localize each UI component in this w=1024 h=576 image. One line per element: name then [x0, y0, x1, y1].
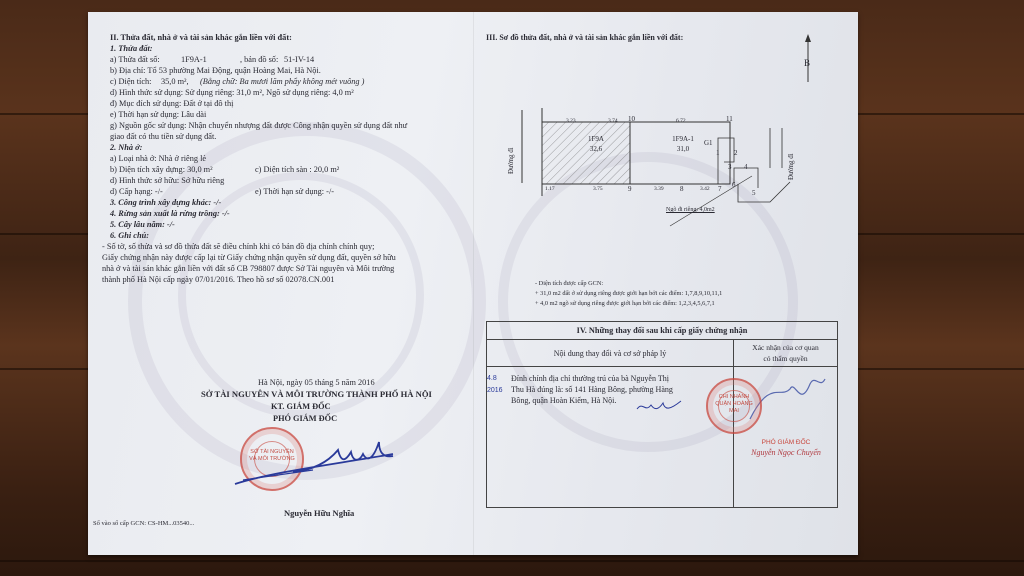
- clerk-signature: [635, 397, 685, 417]
- director-title: KT. GIÁM ĐỐC: [271, 401, 331, 412]
- alley-label: Ngõ đi riêng: 4,0m2: [666, 205, 715, 216]
- branch-stamp: CHI NHÁNH QUẬN HOÀNG MAI: [706, 378, 762, 434]
- point-4: 4: [744, 162, 748, 173]
- dim-top-left: 3.23: [566, 116, 576, 127]
- change-entry-date: 4.8 2016: [487, 373, 503, 397]
- house-build-area: b) Diện tích xây dựng: 30,0 m²: [110, 164, 213, 175]
- confirm-name: Nguyễn Ngọc Chuyển: [734, 447, 838, 458]
- point-9: 9: [628, 184, 632, 195]
- road-left-label: Đường đi: [506, 147, 517, 174]
- land-heading: 1. Thửa đất:: [110, 43, 153, 54]
- dim-bottom-4: 3.42: [700, 184, 710, 195]
- note-line-2: Giấy chứng nhận này được cấp lại từ Giấy…: [102, 252, 396, 263]
- registry-number: Số vào sổ cấp GCN: CS-HM...03540...: [93, 518, 194, 529]
- dim-bottom-3: 3.39: [654, 184, 664, 195]
- signer-name: Nguyễn Hữu Nghĩa: [284, 508, 354, 519]
- point-3: 3: [728, 162, 732, 173]
- note-line-4: thành phố Hà Nội cấp ngày 07/01/2016. Th…: [102, 274, 334, 285]
- parcel-a-area: 32,6: [576, 144, 616, 155]
- house-ownership: d) Hình thức sở hữu: Sở hữu riêng: [110, 175, 224, 186]
- parcel-number-label: a) Thửa đất số:: [110, 54, 160, 65]
- section3-title: III. Sơ đồ thửa đất, nhà ở và tài sản kh…: [486, 32, 683, 43]
- section2-title: II. Thửa đất, nhà ở và tài sản khác gắn …: [110, 32, 292, 43]
- usage-form: d) Hình thức sử dụng: Sử dụng riêng: 31,…: [110, 87, 354, 98]
- point-6: 6: [732, 180, 736, 191]
- point-5: 5: [752, 188, 756, 199]
- changes-table: IV. Những thay đổi sau khi cấp giấy chứn…: [486, 321, 838, 508]
- certificate-page: II. Thửa đất, nhà ở và tài sản khác gắn …: [88, 12, 858, 555]
- area-label: c) Diện tích:: [110, 76, 151, 87]
- parcel-b-area: 31,0: [658, 144, 708, 155]
- notes-heading: 6. Ghi chú:: [110, 230, 149, 241]
- perennial-trees: 5. Cây lâu năm: -/-: [110, 219, 175, 230]
- house-term: e) Thời hạn sử dụng: -/-: [255, 186, 334, 197]
- dim-bottom-1: 1.17: [545, 184, 555, 195]
- desk-grain: [0, 560, 1024, 562]
- issue-date: Hà Nội, ngày 05 tháng 5 năm 2016: [258, 377, 375, 388]
- usage-purpose: đ) Mục đích sử dụng: Đất ở tại đô thị: [110, 98, 233, 109]
- planted-forest: 4. Rừng sản xuất là rừng trồng: -/-: [110, 208, 230, 219]
- north-label: B: [804, 58, 810, 69]
- usage-term: e) Thời hạn sử dụng: Lâu dài: [110, 109, 206, 120]
- map-number: 51-IV-14: [284, 54, 314, 65]
- col-content-header: Nội dung thay đổi và cơ sở pháp lý: [487, 340, 734, 367]
- other-construction: 3. Công trình xây dựng khác: -/-: [110, 197, 221, 208]
- issuing-agency: SỞ TÀI NGUYÊN VÀ MÔI TRƯỜNG THÀNH PHỐ HÀ…: [201, 389, 432, 400]
- dim-bottom-2: 3.75: [593, 184, 603, 195]
- point-1: 1: [716, 148, 720, 159]
- usage-origin: g) Nguồn gốc sử dụng: Nhận chuyển nhượng…: [110, 120, 407, 131]
- parcel-address: b) Địa chỉ: Tổ 53 phường Mai Động, quận …: [110, 65, 321, 76]
- map-number-label: , bản đồ số:: [240, 54, 278, 65]
- deputy-title: PHÓ GIÁM ĐỐC: [273, 413, 337, 424]
- house-type: a) Loại nhà ở: Nhà ở riêng lẻ: [110, 153, 206, 164]
- director-signature: [233, 432, 423, 492]
- change-entry-content: 4.8 2016 Đính chính địa chỉ thường trú c…: [487, 367, 734, 508]
- area-in-words: (Bằng chữ: Ba mươi lăm phẩy không mét vu…: [200, 76, 364, 87]
- parcel-number: 1F9A-1: [181, 54, 207, 65]
- point-11: 11: [726, 114, 733, 125]
- house-mark: G1: [704, 138, 713, 149]
- area-note-2: + 4,0 m2 ngõ sử dụng riêng được giới hạn…: [535, 298, 715, 309]
- dim-top-mid: 3.74: [608, 116, 618, 127]
- road-right-label: Đường đi: [786, 153, 797, 180]
- house-floor-area: c) Diện tích sàn : 20,0 m²: [255, 164, 339, 175]
- section4-title: IV. Những thay đổi sau khi cấp giấy chứn…: [487, 322, 838, 340]
- point-10: 10: [628, 114, 635, 125]
- dim-top-right: 6.72: [676, 116, 686, 127]
- area-value: 35,0 m²,: [161, 76, 189, 87]
- usage-origin-cont: giao đất có thu tiền sử dụng đất.: [110, 131, 216, 142]
- point-8: 8: [680, 184, 684, 195]
- col-confirm-header: Xác nhận của cơ quan có thẩm quyền: [734, 340, 838, 367]
- point-2: 2: [734, 148, 738, 159]
- house-grade: d) Cấp hạng: -/-: [110, 186, 163, 197]
- house-heading: 2. Nhà ở:: [110, 142, 142, 153]
- point-7: 7: [718, 184, 722, 195]
- note-line-3: nhà ở và tài sản khác gắn liền với đất s…: [102, 263, 394, 274]
- note-line-1: - Số tờ, số thửa và sơ đồ thửa đất sẽ đi…: [102, 241, 374, 252]
